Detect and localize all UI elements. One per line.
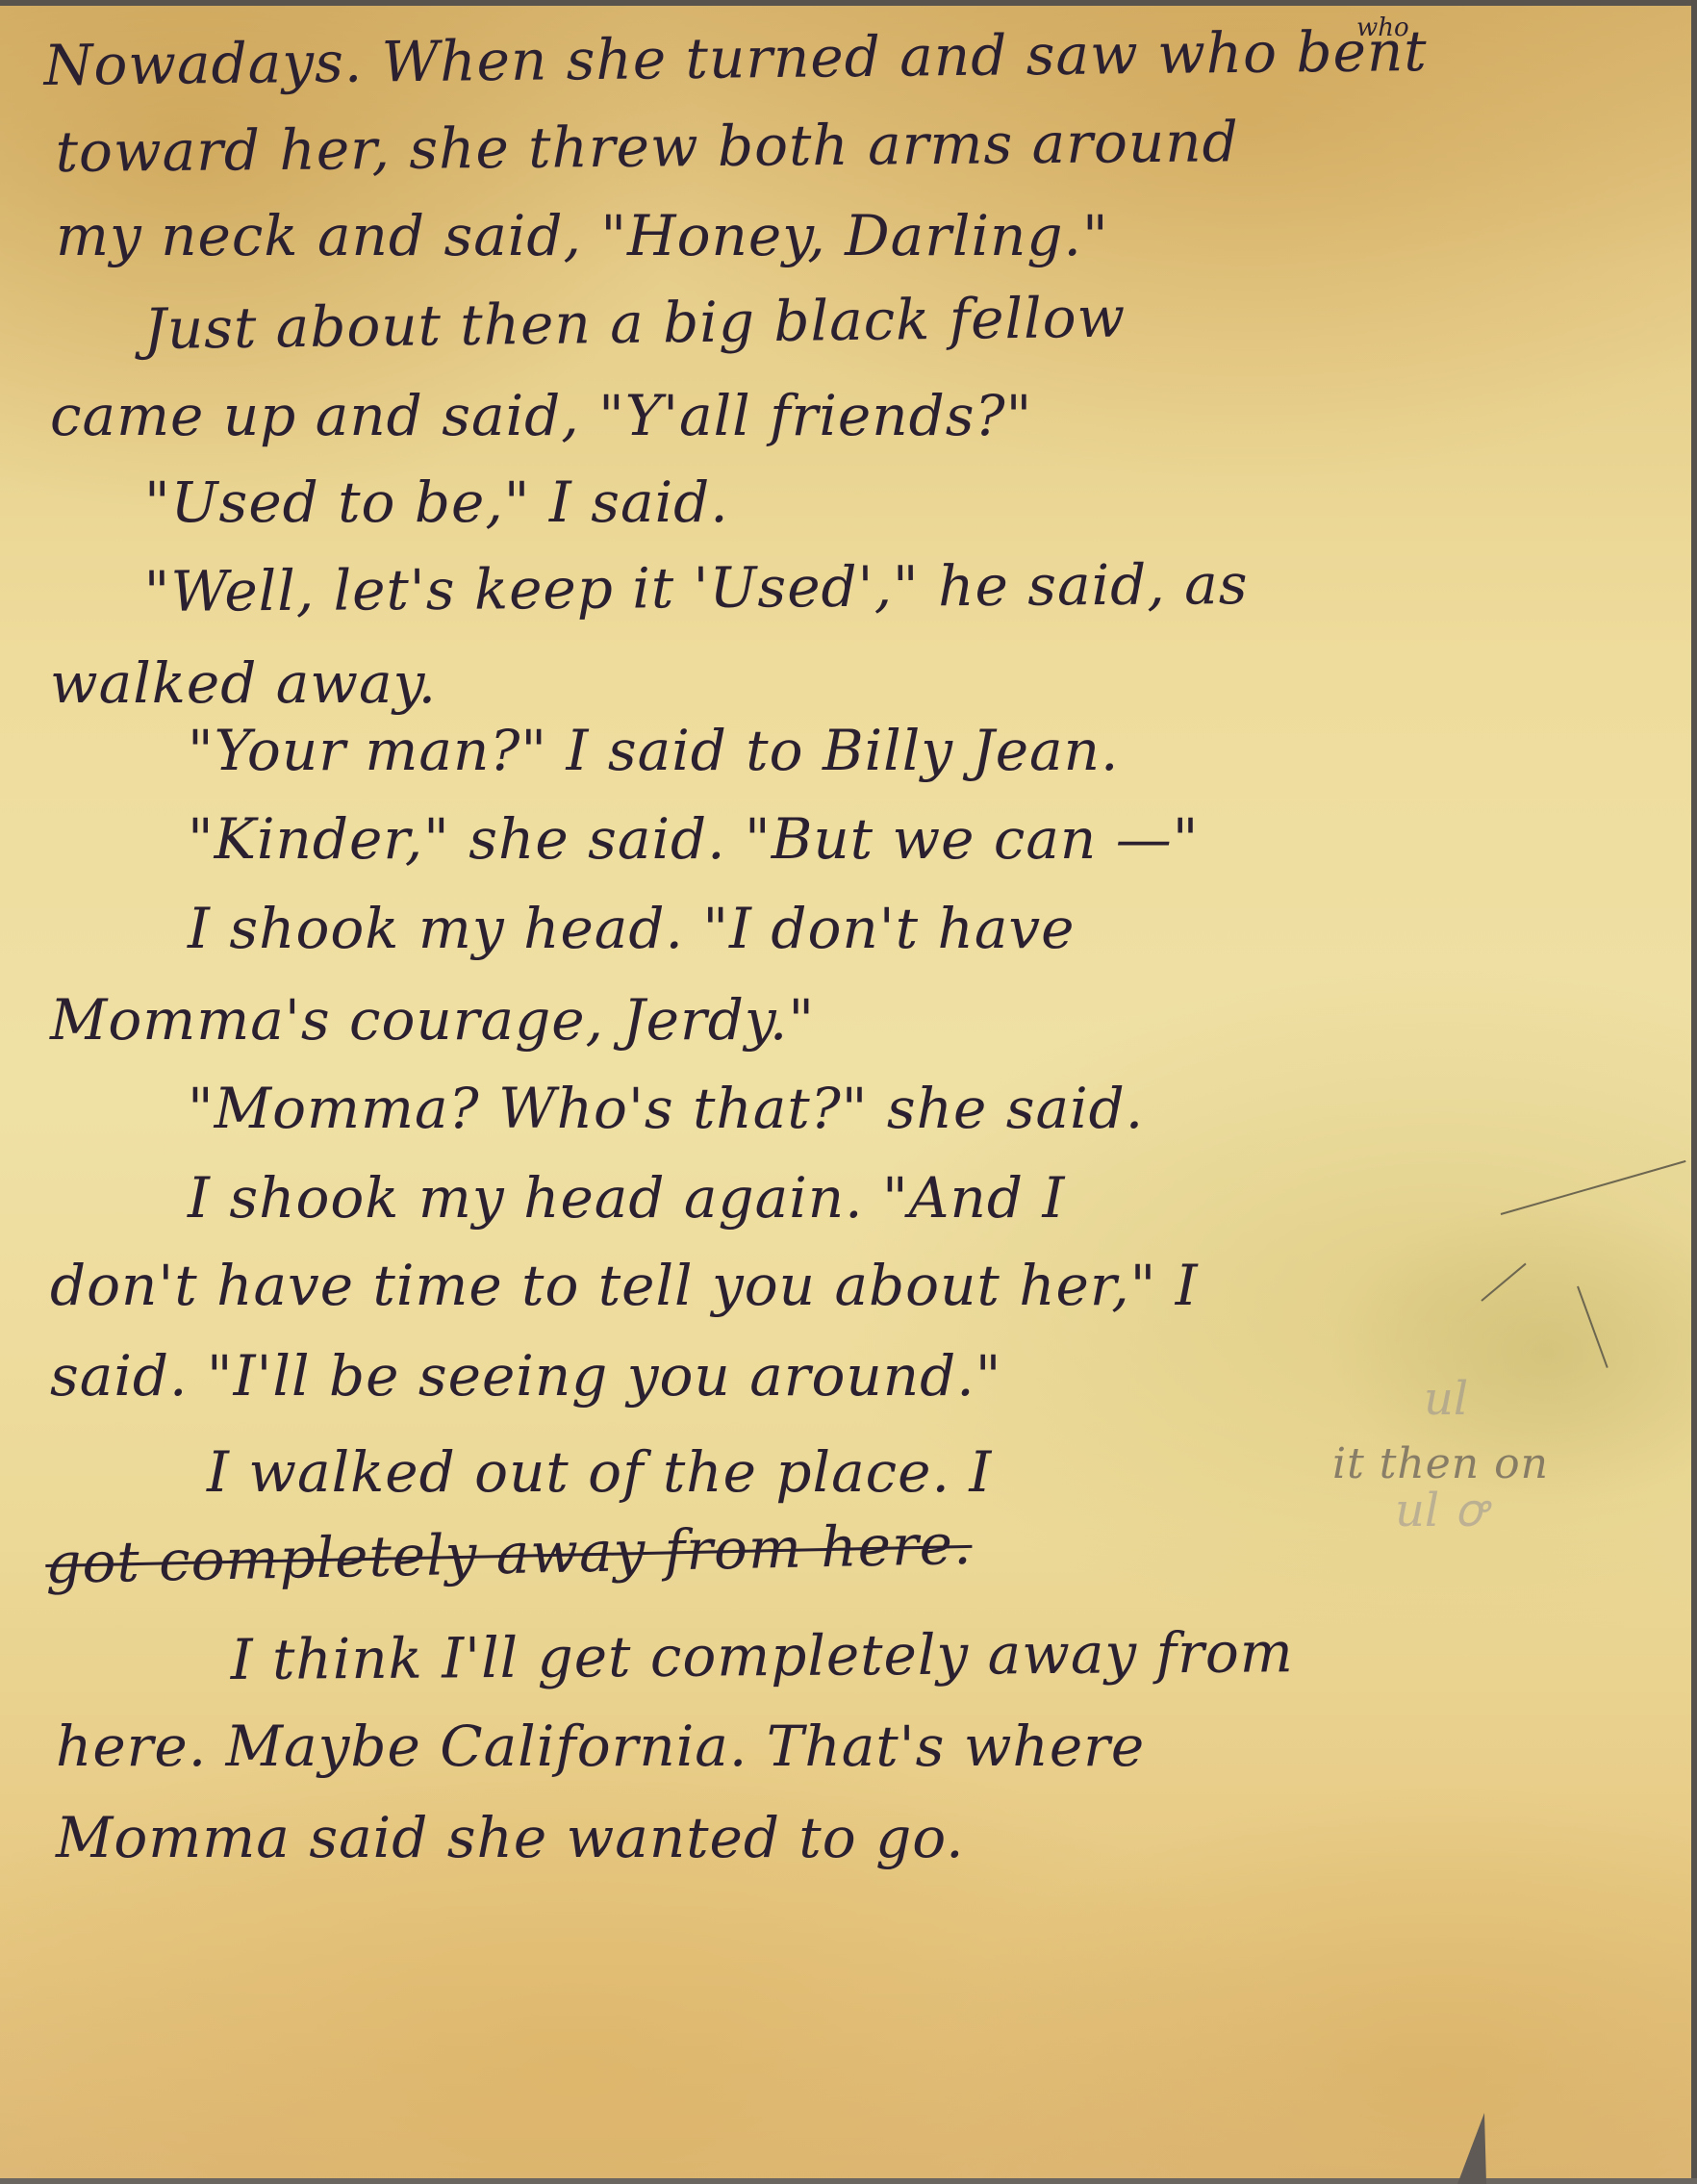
line-text: I think I'll get completely away from bbox=[231, 1619, 1294, 1692]
manuscript-line: I walked out of the place. I bbox=[207, 1439, 992, 1505]
page-edge-shadow bbox=[1691, 0, 1697, 2178]
margin-note: it then on bbox=[1332, 1439, 1549, 1488]
line-text: got completely away from here. bbox=[45, 1511, 974, 1596]
line-text: walked away. bbox=[50, 650, 437, 716]
manuscript-page: ul ul ꝍ Nowadays. When she turned and sa… bbox=[0, 0, 1691, 2178]
manuscript-line: Nowadays. When she turned and saw who be… bbox=[43, 18, 1428, 98]
line-text: I shook my head. "I don't have bbox=[188, 896, 1076, 961]
manuscript-line: "Your man?" I said to Billy Jean. bbox=[188, 718, 1119, 783]
manuscript-line: "Kinder," she said. "But we can —" bbox=[188, 806, 1199, 872]
line-text: my neck and said, "Honey, Darling." bbox=[56, 203, 1109, 268]
manuscript-line: came up and said, "Y'all friends?" bbox=[50, 383, 1032, 448]
manuscript-line: I shook my head again. "And I bbox=[188, 1165, 1065, 1231]
manuscript-line: my neck and said, "Honey, Darling." bbox=[56, 203, 1109, 268]
line-text: I shook my head again. "And I bbox=[188, 1165, 1065, 1231]
manuscript-line: said. "I'll be seeing you around." bbox=[50, 1343, 1001, 1409]
line-text: don't have time to tell you about her," … bbox=[50, 1253, 1199, 1318]
manuscript-line: walked away. bbox=[50, 650, 437, 716]
line-text: Momma's courage, Jerdy." bbox=[50, 987, 815, 1053]
bleed-through-text: ul bbox=[1424, 1372, 1468, 1426]
inserted-word: who bbox=[1356, 13, 1409, 42]
line-text: here. Maybe California. That's where bbox=[56, 1714, 1145, 1779]
line-text: came up and said, "Y'all friends?" bbox=[50, 383, 1032, 448]
line-text: Nowadays. When she turned and saw who be… bbox=[43, 18, 1428, 98]
line-text: toward her, she threw both arms around bbox=[55, 109, 1239, 185]
manuscript-line: I think I'll get completely away from bbox=[231, 1619, 1294, 1692]
manuscript-line: Just about then a big black fellow bbox=[143, 285, 1126, 362]
line-text: "Kinder," she said. "But we can —" bbox=[188, 806, 1199, 872]
struck-manuscript-line: got completely away from here. bbox=[45, 1511, 974, 1596]
line-text: "Well, let's keep it 'Used'," he said, a… bbox=[144, 551, 1249, 624]
line-text: "Used to be," I said. bbox=[144, 470, 729, 535]
line-text: I walked out of the place. I bbox=[207, 1439, 992, 1505]
line-text: Just about then a big black fellow bbox=[143, 285, 1126, 362]
line-text: "Your man?" I said to Billy Jean. bbox=[188, 718, 1119, 783]
manuscript-line: don't have time to tell you about her," … bbox=[50, 1253, 1199, 1318]
manuscript-line: here. Maybe California. That's where bbox=[56, 1714, 1145, 1779]
manuscript-line: toward her, she threw both arms around bbox=[55, 109, 1239, 185]
line-text: "Momma? Who's that?" she said. bbox=[188, 1076, 1144, 1141]
paper-tear bbox=[1457, 2113, 1486, 2178]
manuscript-line: Momma's courage, Jerdy." bbox=[50, 987, 815, 1053]
manuscript-line: "Momma? Who's that?" she said. bbox=[188, 1076, 1144, 1141]
manuscript-line: Momma said she wanted to go. bbox=[56, 1805, 965, 1870]
manuscript-line: "Well, let's keep it 'Used'," he said, a… bbox=[144, 551, 1249, 624]
manuscript-line: I shook my head. "I don't have bbox=[188, 896, 1076, 961]
manuscript-line: "Used to be," I said. bbox=[144, 470, 729, 535]
line-text: said. "I'll be seeing you around." bbox=[50, 1343, 1001, 1409]
line-text: Momma said she wanted to go. bbox=[56, 1805, 965, 1870]
